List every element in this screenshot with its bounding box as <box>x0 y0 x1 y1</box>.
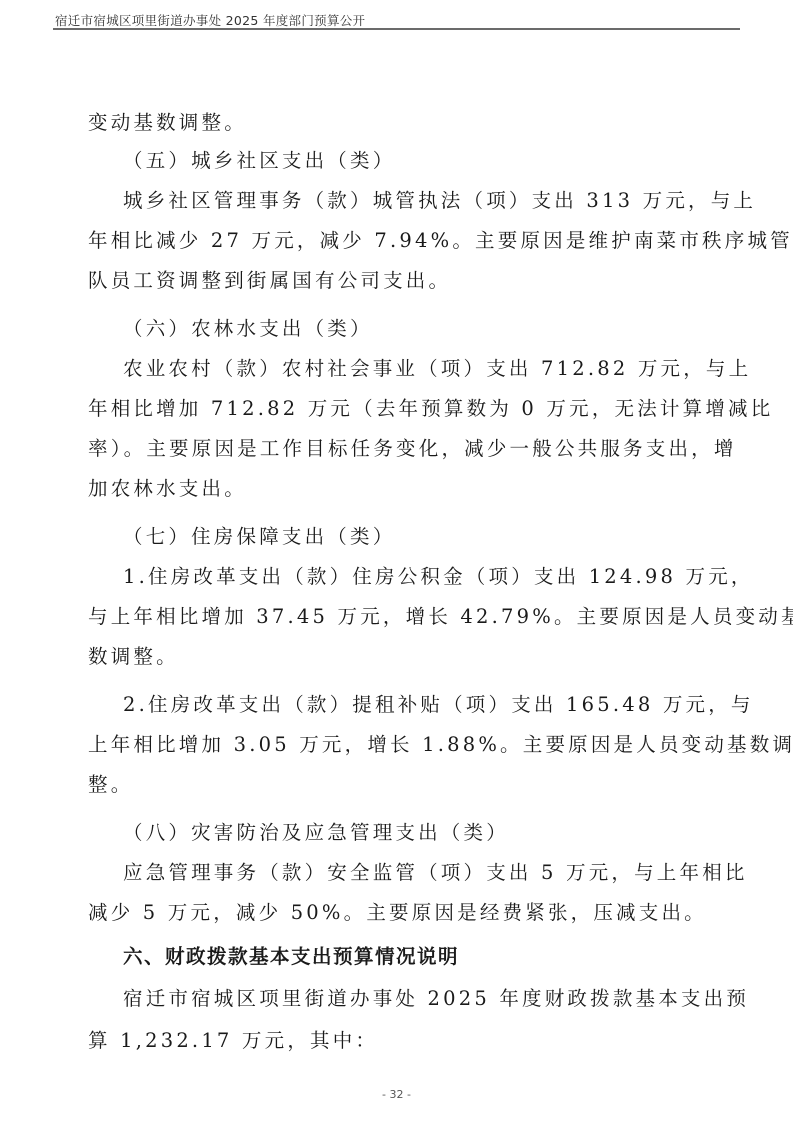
paragraph-line: 2.住房改革支出（款）提租补贴（项）支出 165.48 万元，与 <box>123 685 754 725</box>
subsection-heading-housing: （七）住房保障支出（类） <box>123 517 395 557</box>
section-heading: 六、财政拨款基本支出预算情况说明 <box>123 937 459 977</box>
page-header-title: 宿迁市宿城区项里街道办事处 2025 年度部门预算公开 <box>55 11 365 29</box>
paragraph-line: 年相比减少 27 万元，减少 7.94%。主要原因是维护南菜市秩序城管 <box>88 221 793 261</box>
paragraph-line: 宿迁市宿城区项里街道办事处 2025 年度财政拨款基本支出预 <box>123 979 749 1019</box>
paragraph-line: 数调整。 <box>88 637 179 677</box>
paragraph-line: 城乡社区管理事务（款）城管执法（项）支出 313 万元，与上 <box>123 181 756 221</box>
subsection-heading-agriculture: （六）农林水支出（类） <box>123 309 373 349</box>
page-number: - 32 - <box>0 1088 793 1101</box>
paragraph-line: 农业农村（款）农村社会事业（项）支出 712.82 万元，与上 <box>123 349 751 389</box>
paragraph-line: 率）。主要原因是工作目标任务变化，减少一般公共服务支出，增 <box>88 429 737 469</box>
paragraph-line: 1.住房改革支出（款）住房公积金（项）支出 124.98 万元， <box>123 557 754 597</box>
paragraph-line: 整。 <box>88 765 133 805</box>
paragraph-line: 变动基数调整。 <box>88 103 247 143</box>
subsection-heading-disaster: （八）灾害防治及应急管理支出（类） <box>123 813 509 853</box>
page-header: 宿迁市宿城区项里街道办事处 2025 年度部门预算公开 <box>53 8 740 30</box>
paragraph-line: 加农林水支出。 <box>88 469 247 509</box>
paragraph-line: 算 1,232.17 万元，其中： <box>88 1021 378 1061</box>
paragraph-line: 与上年相比增加 37.45 万元，增长 42.79%。主要原因是人员变动基 <box>88 597 793 637</box>
paragraph-line: 上年相比增加 3.05 万元，增长 1.88%。主要原因是人员变动基数调 <box>88 725 793 765</box>
subsection-heading-urban-rural: （五）城乡社区支出（类） <box>123 141 395 181</box>
paragraph-line: 队员工资调整到街属国有公司支出。 <box>88 261 451 301</box>
paragraph-line: 应急管理事务（款）安全监管（项）支出 5 万元，与上年相比 <box>123 853 748 893</box>
paragraph-line: 减少 5 万元，减少 50%。主要原因是经费紧张，压减支出。 <box>88 893 707 933</box>
paragraph-line: 年相比增加 712.82 万元（去年预算数为 0 万元，无法计算增减比 <box>88 389 773 429</box>
